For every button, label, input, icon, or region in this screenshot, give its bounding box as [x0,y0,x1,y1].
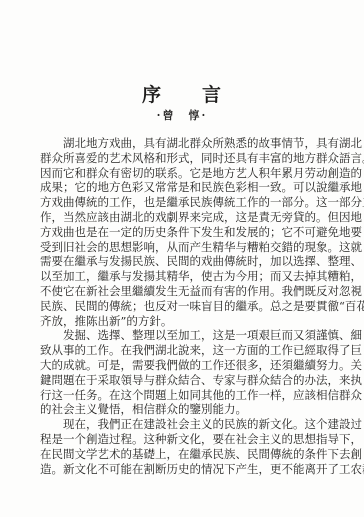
text-line: 以至加工，繼承与发揚其精华，使古为今用；而又去掉其糟粕， [40,269,325,284]
text-line: 大的成就。可是，需要我們做的工作还很多，还須繼續努力。关 [40,358,325,373]
preface-body: 湖北地方戏曲，具有湖北群众所熟悉的故事情节，具有湖北群众所喜爱的艺术风格和形式，… [40,136,325,476]
text-line: 受到旧社会的思想影响，从而产生精华与糟粕交錯的現象。这就 [40,240,325,255]
text-line: 造。新文化不可能在割断历史的情况下产生，更不能离开了工农群 [40,462,325,477]
text-line: 齐放，推陈出新”的方針。 [40,314,325,329]
text-line: 需要在繼承与发揚民族、民間的戏曲傳統时，加以选擇、整理、 [40,254,325,269]
text-line: 不使它在新社会里繼續发生无益而有害的作用。我們既反对忽視 [40,284,325,299]
text-line: 现在，我們正在建設社会主义的民族的新文化。这个建設过 [40,417,325,432]
text-line: 发掘、选擇、整理以至加工，这是一項艰巨而又須謹慎、細 [40,328,325,343]
text-line: 群众所喜爱的艺术风格和形式，同时还具有丰富的地方群众語言。 [40,151,325,166]
text-line: 鍵問題在于采取領导与群众結合、专家与群众結合的办法，来执 [40,373,325,388]
text-line: 民族、民間的傳統；也反对一味盲目的繼承。总之是要貫徹“百花 [40,299,325,314]
book-page: 序 言 ·曾 惇· 湖北地方戏曲，具有湖北群众所熟悉的故事情节，具有湖北群众所喜… [0,0,364,517]
text-line: 湖北地方戏曲，具有湖北群众所熟悉的故事情节，具有湖北 [40,136,325,151]
text-line: 在民間文学艺术的基礎上，在繼承民族、民間傳統的条件下去創 [40,447,325,462]
text-line: 方戏曲也是在一定的历史条件下发生和发展的；它不可避免地要 [40,225,325,240]
text-line: 程是一个創造过程。这种新文化，要在社会主义的思想指导下， [40,432,325,447]
text-line: 作，当然应該由湖北的戏劇界来完成，这是責无旁貸的。但因地 [40,210,325,225]
page-title: 序 言 [0,84,364,106]
author-name: ·曾 惇· [0,109,364,123]
text-line: 的社会主义覺悟，相信群众的鑒別能力。 [40,402,325,417]
text-line: 方戏曲傳統的工作，也是繼承民族傳統工作的一部分。这一部分工 [40,195,325,210]
text-line: 成果；它的地方色彩又常常是和民族色彩相一致。可以說繼承地 [40,180,325,195]
text-line: 因而它和群众有密切的联系。它是地方艺人积年累月劳动創造的 [40,166,325,181]
text-line: 行这一任务。在这个問題上如同其他的工作一样，应該相信群众 [40,388,325,403]
text-line: 致从事的工作。在我們湖北說来，这一方面的工作已經取得了巨 [40,343,325,358]
